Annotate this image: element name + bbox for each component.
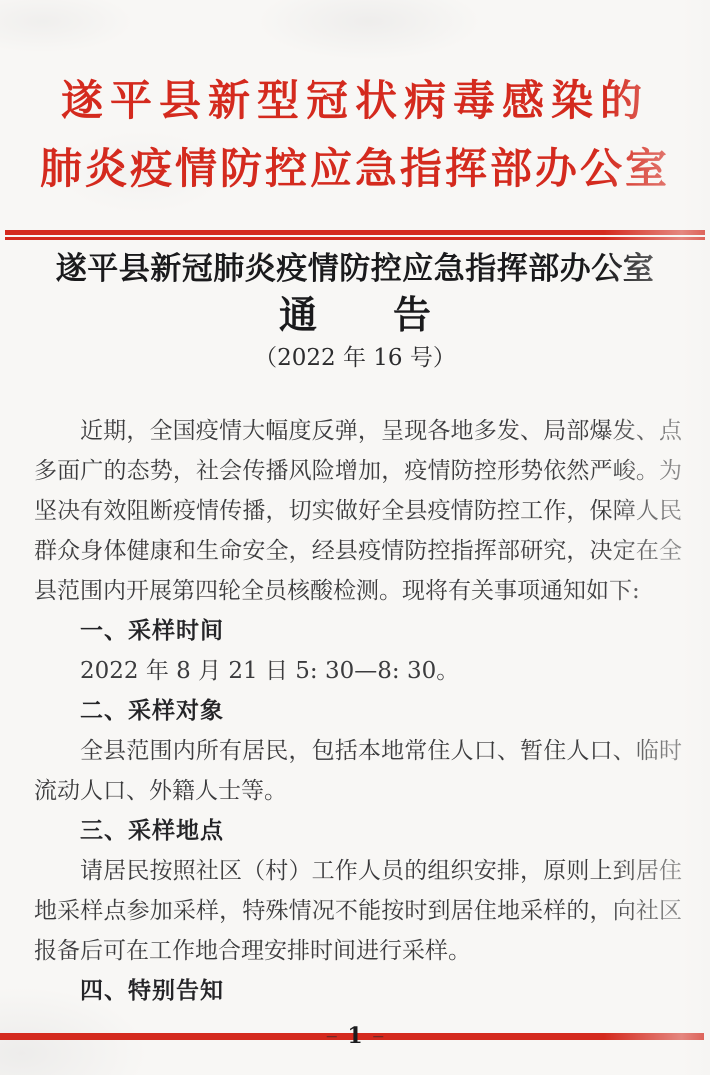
document-type-title: 通 告 [0,292,710,338]
double-red-rule [5,230,705,240]
section-heading-special-notice: 四、特别告知 [34,971,682,1011]
letterhead: 遂平县新型冠状病毒感染的 肺炎疫情防控应急指挥部办公室 [0,0,710,203]
sampling-time-text: 2022 年 8 月 21 日 5: 30—8: 30。 [34,651,682,691]
document-page: 遂平县新型冠状病毒感染的 肺炎疫情防控应急指挥部办公室 遂平县新冠肺炎疫情防控应… [0,0,710,1075]
section-heading-sampling-time: 一、采样时间 [34,611,682,651]
sampling-target-text: 全县范围内所有居民，包括本地常住人口、暂住人口、临时流动人口、外籍人士等。 [34,731,682,811]
page-number-dash-right: — [373,1030,384,1043]
section-heading-sampling-target: 二、采样对象 [34,691,682,731]
document-number: （2022 年 16 号） [0,338,710,378]
page-number-dash-left: — [326,1030,337,1043]
issuing-org-title: 遂平县新冠肺炎疫情防控应急指挥部办公室 [0,246,710,292]
sampling-location-text: 请居民按照社区（村）工作人员的组织安排，原则上到居住地采样点参加采样，特殊情况不… [34,851,682,971]
page-number-value: 1 [347,1023,362,1049]
title-block: 遂平县新冠肺炎疫情防控应急指挥部办公室 通 告 （2022 年 16 号） [0,246,710,378]
intro-paragraph: 近期，全国疫情大幅度反弹，呈现各地多发、局部爆发、点多面广的态势，社会传播风险增… [34,411,682,611]
page-number: — 1 — [0,1022,710,1050]
letterhead-line1: 遂平县新型冠状病毒感染的 [0,67,710,135]
section-heading-sampling-location: 三、采样地点 [34,811,682,851]
notice-body: 近期，全国疫情大幅度反弹，呈现各地多发、局部爆发、点多面广的态势，社会传播风险增… [34,411,682,1011]
letterhead-line2: 肺炎疫情防控应急指挥部办公室 [0,135,710,203]
red-rule-thin [5,237,705,240]
